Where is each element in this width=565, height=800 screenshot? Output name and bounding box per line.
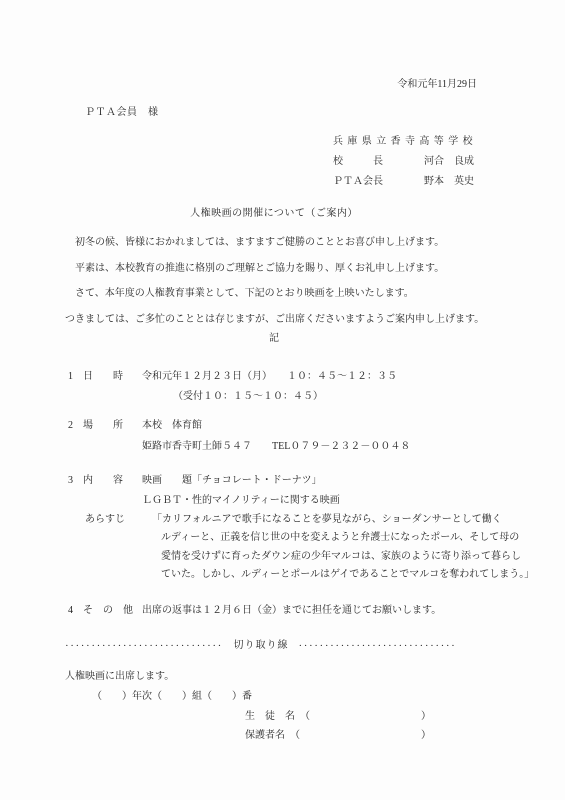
item-label: そ の 他 [83,601,142,621]
reply-attend-line: 人権映画に出席します。 [65,668,483,686]
cut-line-label: 切り取り線 [234,636,289,656]
reply-guardian-name-row: 保護者名 （ ） [245,726,431,745]
greeting-line: 初冬の候、皆様におかれましては、ますますご健勝のこととお喜び申し上げます。 [65,230,483,256]
synopsis-line: 「カリフォルニアで歌手になることを夢見ながら、ショーダンサーとして働く [152,511,502,529]
item-datetime-reception: （受付１０：１５～１０：４５） [173,387,483,407]
item-place: 2 場 所 本校 体育館 [65,416,483,436]
synopsis-first-row: あらすじ 「カリフォルニアで歌手になることを夢見ながら、ショーダンサーとして働く [85,511,483,529]
sender-block: 兵庫県立香寺高等学校 校 長 河合 良成 ＰＴＡ会長 野本 英史 [333,132,483,192]
synopsis-line: ルディーと、正義を信じ世の中を変えようと弁護士になったポール、そして母の [161,529,483,547]
item-datetime-value: 令和元年１２月２３日（月） １０：４５～１２：３５ [142,367,397,387]
principal-name: 河合 良成 [424,152,474,172]
document-page: 令和元年11月29日 ＰＴＡ会員 様 兵庫県立香寺高等学校 校 長 河合 良成 … [0,0,565,800]
item-number: 4 [65,601,83,621]
student-name-close-paren: ） [421,707,431,726]
movie-title-line: 映画 題「チョコレート・ドーナツ」 [142,471,322,491]
cut-line-dots-right: ········································… [299,636,458,656]
guardian-name-close-paren: ） [421,726,431,745]
reply-student-name-row: 生 徒 名 （ ） [245,707,431,726]
item-label: 場 所 [83,416,142,436]
greeting-line: 平素は、本校教育の推進に格別のご理解とご協力を賜り、厚くお礼申し上げます。 [65,256,483,282]
synopsis-label: あらすじ [85,511,152,529]
item-other-value: 出席の返事は１２月６日（金）までに担任を通じてお願いします。 [142,601,441,621]
document-date: 令和元年11月29日 [65,78,483,92]
item-other: 4 そ の 他 出席の返事は１２月６日（金）までに担任を通じてお願いします。 [65,601,483,621]
movie-theme-line: ＬＧＢＴ・性的マイノリティーに関する映画 [142,491,483,511]
item-label: 内 容 [83,471,142,491]
item-number: 3 [65,471,83,491]
item-place-value: 本校 体育館 [142,416,202,436]
pta-chair-title: ＰＴＡ会長 [333,172,424,192]
cut-line-dots-left: ········································… [65,636,224,656]
cut-line: ········································… [65,636,457,656]
student-name-label: 生 徒 名 （ [245,707,310,726]
item-number: 2 [65,416,83,436]
synopsis-line: 愛情を受けずに育ったダウン症の少年マルコは、家族のように寄り添って暮らし [161,548,483,566]
sender-school-name: 兵庫県立香寺高等学校 [333,132,483,152]
sender-principal-row: 校 長 河合 良成 [333,152,483,172]
sender-pta-row: ＰＴＡ会長 野本 英史 [333,172,483,192]
item-place-address: 姫路市香寺町土師５４７ TEL０７９－２３２－００４８ [142,436,483,458]
pta-chair-name: 野本 英史 [424,172,474,192]
item-content-movie: 3 内 容 映画 題「チョコレート・ドーナツ」 [65,471,483,491]
greeting-line: つきましては、ご多忙のこととは存じますが、ご出席くださいますようご案内申し上げま… [65,307,483,333]
document-title: 人権映画の開催について（ご案内） [65,206,483,222]
greeting-paragraphs: 初冬の候、皆様におかれましては、ますますご健勝のこととお喜び申し上げます。 平素… [65,230,483,332]
item-number: 1 [65,367,83,387]
recipient-line: ＰＴＡ会員 様 [85,105,483,120]
guardian-name-label: 保護者名 （ [245,726,300,745]
synopsis-line: ていた。しかし、ルディーとポールはゲイであることでマルコを奪われてしまう。」 [161,566,483,584]
principal-title: 校 長 [333,152,424,172]
item-label: 日 時 [83,367,142,387]
reply-class-line: （ ）年次（ ）組（ ）番 [92,686,483,707]
item-datetime: 1 日 時 令和元年１２月２３日（月） １０：４５～１２：３５ [65,367,483,387]
record-mark: 記 [65,332,483,346]
greeting-line: さて、本年度の人権教育事業として、下記のとおり映画を上映いたします。 [65,281,483,307]
